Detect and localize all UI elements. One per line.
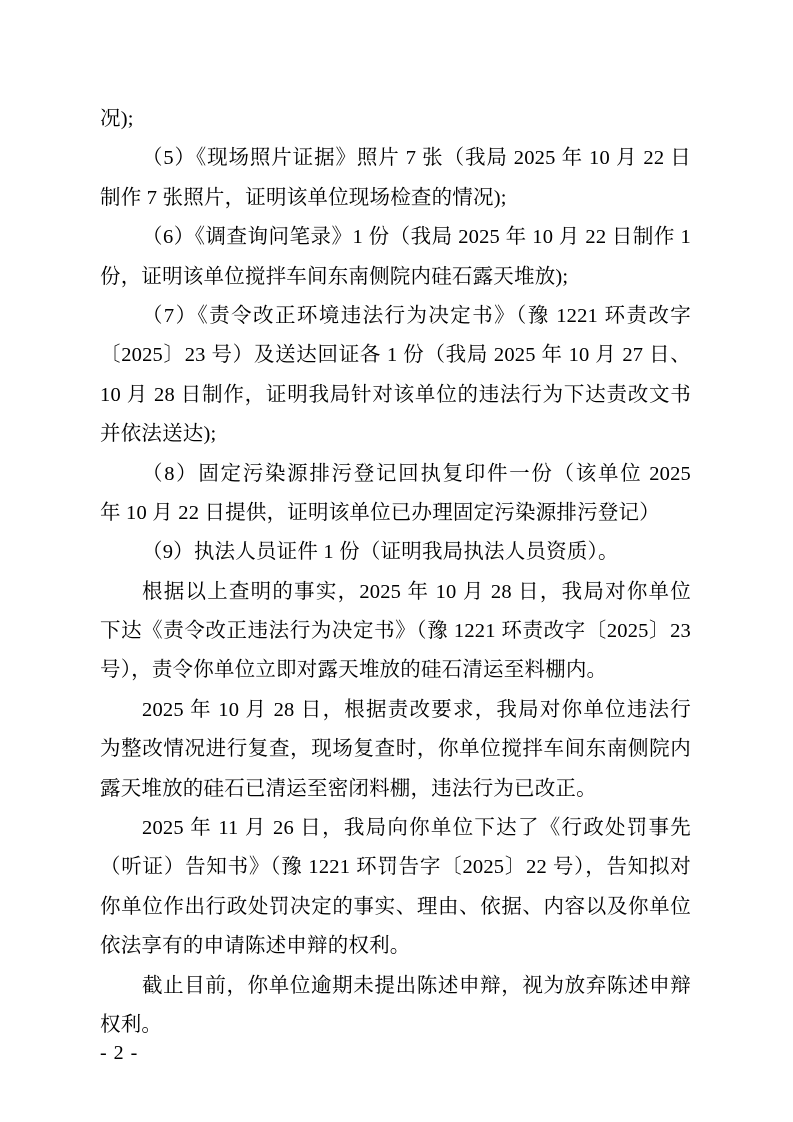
text-line: （5）《现场照片证据》照片 7 张（我局 2025 年 10 月 22 日 — [100, 139, 691, 178]
text-line: 权利。 — [100, 1006, 691, 1045]
document-body-text: 况);（5）《现场照片证据》照片 7 张（我局 2025 年 10 月 22 日… — [100, 100, 691, 1045]
text-line: 〔2025〕23 号）及送达回证各 1 份（我局 2025 年 10 月 27 … — [100, 336, 691, 375]
text-line: 号），责令你单位立即对露天堆放的硅石清运至料棚内。 — [100, 651, 691, 690]
text-line: 露天堆放的硅石已清运至密闭料棚，违法行为已改正。 — [100, 770, 691, 809]
text-line: 制作 7 张照片，证明该单位现场检查的情况); — [100, 179, 691, 218]
text-line: 你单位作出行政处罚决定的事实、理由、依据、内容以及你单位 — [100, 888, 691, 927]
text-line: 2025 年 11 月 26 日，我局向你单位下达了《行政处罚事先 — [100, 809, 691, 848]
text-line: （听证）告知书》（豫 1221 环罚告字〔2025〕22 号），告知拟对 — [100, 848, 691, 887]
text-line: 依法享有的申请陈述申辩的权利。 — [100, 927, 691, 966]
text-line: 截止目前，你单位逾期未提出陈述申辩，视为放弃陈述申辩 — [100, 967, 691, 1006]
text-line: 份，证明该单位搅拌车间东南侧院内硅石露天堆放); — [100, 258, 691, 297]
text-line: 并依法送达); — [100, 415, 691, 454]
text-line: 下达《责令改正违法行为决定书》（豫 1221 环责改字〔2025〕23 — [100, 612, 691, 651]
document-page: 况);（5）《现场照片证据》照片 7 张（我局 2025 年 10 月 22 日… — [0, 0, 793, 1122]
text-line: 为整改情况进行复查，现场复查时，你单位搅拌车间东南侧院内 — [100, 730, 691, 769]
text-line: 况); — [100, 100, 691, 139]
text-line: （8）固定污染源排污登记回执复印件一份（该单位 2025 — [100, 455, 691, 494]
text-line: 2025 年 10 月 28 日，根据责改要求，我局对你单位违法行 — [100, 691, 691, 730]
text-line: （6）《调查询问笔录》1 份（我局 2025 年 10 月 22 日制作 1 — [100, 218, 691, 257]
text-line: （7）《责令改正环境违法行为决定书》（豫 1221 环责改字 — [100, 297, 691, 336]
text-line: （9）执法人员证件 1 份（证明我局执法人员资质）。 — [100, 533, 691, 572]
text-line: 根据以上查明的事实，2025 年 10 月 28 日，我局对你单位 — [100, 573, 691, 612]
text-line: 10 月 28 日制作，证明我局针对该单位的违法行为下达责改文书 — [100, 376, 691, 415]
page-number: - 2 - — [100, 1040, 138, 1067]
text-line: 年 10 月 22 日提供，证明该单位已办理固定污染源排污登记） — [100, 494, 691, 533]
